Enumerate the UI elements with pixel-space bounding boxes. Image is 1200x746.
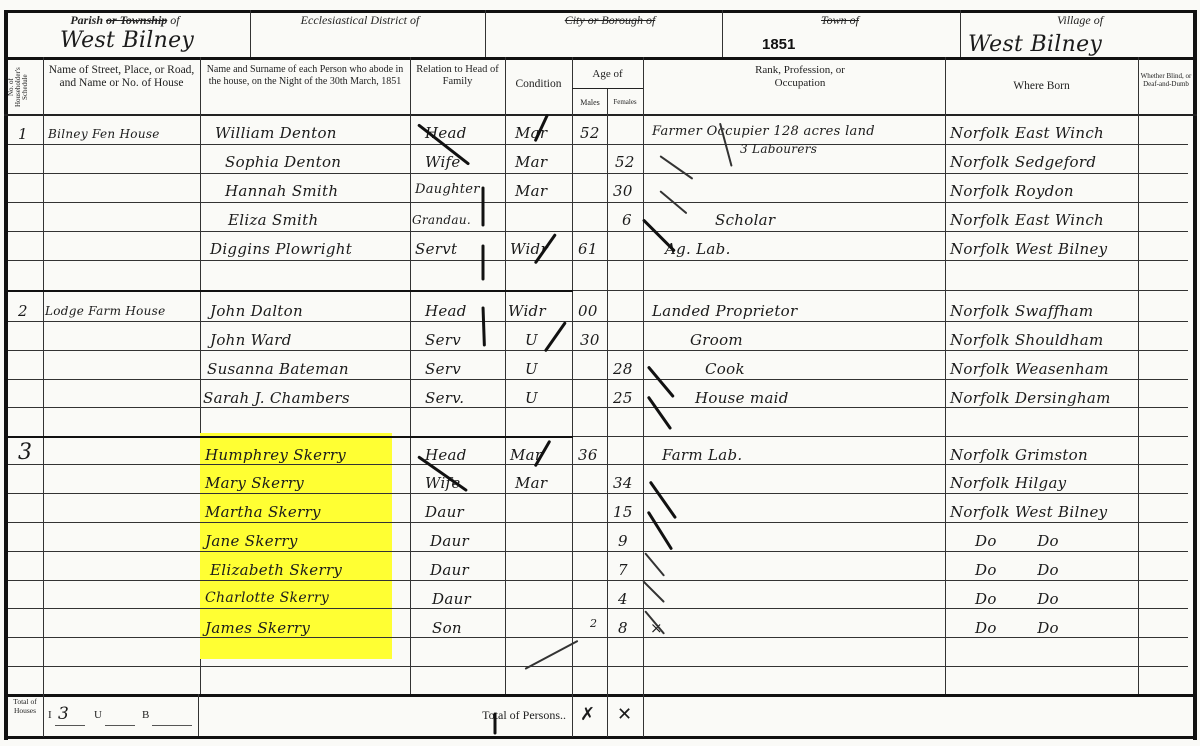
condition-cell: Mar [515, 182, 547, 200]
condition-cell: U [525, 360, 538, 378]
right-border [1193, 12, 1197, 740]
name-cell: Sarah J. Chambers [203, 389, 350, 407]
divider [722, 10, 723, 57]
relation-cell: Head [425, 302, 467, 320]
total-persons-label: Total of Persons.. [466, 709, 566, 723]
total-houses-label: Total of Houses [7, 698, 43, 715]
where-born-cell: Norfolk Weasenham [950, 360, 1109, 378]
where-born-cell: Norfolk Sedgeford [950, 153, 1096, 171]
uninhabited-prefix: U [94, 709, 102, 722]
name-cell: Jane Skerry [205, 532, 298, 550]
where-born-cell: Norfolk Dersingham [950, 389, 1111, 407]
relation-cell: Head [425, 446, 467, 464]
relation-cell: Serv [425, 331, 461, 349]
condition-cell: U [525, 331, 538, 349]
tick-mark [642, 580, 665, 603]
occupation-line2: 3 Labourers [740, 142, 817, 156]
relation-cell: Son [432, 619, 462, 637]
tick-mark [482, 306, 486, 346]
tick-mark [642, 218, 676, 252]
name-cell: Eliza Smith [228, 211, 318, 229]
col-header-occupation: Rank, Profession, or Occupation [735, 64, 865, 89]
female-age-cell: 6 [622, 211, 632, 229]
where-born-cell: Norfolk Swaffham [950, 302, 1093, 320]
street-cell: Lodge Farm House [45, 304, 166, 318]
name-cell: John Ward [210, 331, 292, 349]
name-cell: Diggins Plowright [210, 240, 352, 258]
col-header-relation: Relation to Head of Family [412, 64, 503, 88]
left-border [4, 12, 8, 740]
town-label: Town of [780, 14, 900, 28]
where-born-cell: Norfolk West Bilney [950, 240, 1107, 258]
tick-mark [649, 481, 677, 520]
name-cell: Humphrey Skerry [205, 446, 346, 464]
name-cell: William Denton [215, 124, 337, 142]
name-cell: James Skerry [205, 619, 310, 637]
name-cell: John Dalton [210, 302, 303, 320]
female-age-cell: 9 [618, 532, 628, 550]
col-header-where-born: Where Born [947, 80, 1136, 93]
female-age-cell: 52 [615, 153, 635, 171]
col-header-condition: Condition [507, 78, 570, 91]
relation-cell: Servt [415, 240, 457, 258]
name-cell: Elizabeth Skerry [210, 561, 342, 579]
occupation-cell: Landed Proprietor [652, 302, 797, 320]
occupation-cell: Farmer Occupier 128 acres land [652, 124, 875, 139]
male-age-cell: 2 [590, 617, 597, 630]
col-header-males: Males [573, 98, 607, 107]
where-born-cell: Norfolk Shouldham [950, 331, 1104, 349]
male-age-cell: 00 [578, 302, 598, 320]
header-divider [4, 57, 1197, 60]
male-age-cell: 61 [578, 240, 598, 258]
col-line [43, 57, 44, 737]
name-cell: Sophia Denton [225, 153, 341, 171]
occupation-cell: Scholar [715, 211, 775, 229]
female-age-cell: 34 [613, 474, 633, 492]
where-born-cell: Norfolk East Winch [950, 124, 1104, 142]
male-age-cell: 36 [578, 446, 598, 464]
occupation-cell: House maid [695, 389, 789, 407]
col-header-blind: Whether Blind, or Deaf-and-Dumb [1140, 72, 1192, 88]
tick-mark [659, 155, 693, 180]
name-cell: Martha Skerry [205, 503, 321, 521]
col-header-schedule: No. of Householder's Schedule [8, 64, 40, 110]
col-line [505, 57, 506, 694]
col-line [607, 88, 608, 737]
male-age-cell: 52 [580, 124, 600, 142]
occupation-cell: Cook [705, 360, 745, 378]
col-line [643, 57, 644, 737]
condition-cell: Mar [515, 474, 547, 492]
village-value: West Bilney [968, 32, 1102, 57]
female-age-cell: 7 [618, 561, 628, 579]
column-header-divider [4, 114, 1197, 116]
relation-cell: Daur [430, 532, 469, 550]
parish-label: Parish or Township of [55, 14, 195, 28]
occupation-cell: Groom [690, 331, 743, 349]
relation-cell: Daur [432, 590, 471, 608]
age-subdivider [572, 88, 643, 89]
year-stamp: 1851 [762, 36, 795, 53]
female-age-cell: 4 [618, 590, 628, 608]
tick-mark [647, 511, 673, 551]
name-cell: Susanna Bateman [207, 360, 349, 378]
where-born-cell: Do Do [975, 561, 1059, 579]
bottom-border [4, 736, 1197, 739]
tick-mark [647, 366, 675, 399]
name-cell: Charlotte Skerry [205, 590, 329, 606]
female-age-cell: 8 [618, 619, 628, 637]
divider [960, 10, 961, 57]
relation-cell: Serv. [425, 389, 464, 407]
where-born-cell: Norfolk West Bilney [950, 503, 1107, 521]
col-line [198, 694, 199, 736]
divider [250, 10, 251, 57]
census-page: Parish or Township of West Bilney Eccles… [0, 0, 1200, 746]
relation-cell: Grandau. [412, 213, 471, 227]
schedule-number: 3 [18, 440, 32, 465]
female-age-cell: 30 [613, 182, 633, 200]
tick-mark [544, 321, 567, 352]
divider [485, 10, 486, 57]
relation-cell: Daughter [415, 182, 480, 197]
household-divider [8, 290, 573, 292]
household-divider [8, 436, 573, 438]
where-born-cell: Do Do [975, 532, 1059, 550]
tick-mark [494, 713, 497, 735]
col-header-age: Age of [574, 68, 641, 81]
village-label: Village of [1020, 14, 1140, 28]
inhabited-prefix: I [48, 709, 52, 722]
female-age-cell: 15 [613, 503, 633, 521]
schedule-number: 1 [18, 125, 28, 143]
condition-cell: Widr [508, 302, 546, 320]
tick-mark [647, 396, 672, 430]
inhabited-count: 3 [58, 704, 69, 724]
city-label: City or Borough of [520, 14, 700, 28]
condition-cell: U [525, 389, 538, 407]
relation-cell: Daur [425, 503, 464, 521]
name-cell: Hannah Smith [225, 182, 338, 200]
totals-divider [4, 694, 1197, 697]
tick-mark [482, 187, 485, 227]
female-age-cell: 28 [613, 360, 633, 378]
where-born-cell: Norfolk East Winch [950, 211, 1104, 229]
ecclesiastical-label: Ecclesiastical District of [270, 14, 450, 28]
total-females-mark: ✕ [617, 704, 632, 725]
where-born-cell: Norfolk Hilgay [950, 474, 1066, 492]
building-prefix: B [142, 709, 149, 722]
where-born-cell: Do Do [975, 590, 1059, 608]
schedule-number: 2 [18, 302, 28, 320]
total-males-mark: ✗ [580, 704, 595, 725]
male-age-cell: 30 [580, 331, 600, 349]
col-header-street: Name of Street, Place, or Road, and Name… [45, 64, 198, 90]
where-born-cell: Norfolk Roydon [950, 182, 1074, 200]
occupation-cell: Farm Lab. [662, 446, 742, 464]
tick-mark [482, 245, 485, 281]
relation-cell: Serv [425, 360, 461, 378]
relation-cell: Daur [430, 561, 469, 579]
col-header-name: Name and Surname of each Person who abod… [202, 64, 408, 87]
parish-value: West Bilney [60, 28, 194, 53]
name-cell: Mary Skerry [205, 474, 304, 492]
where-born-cell: Do Do [975, 619, 1059, 637]
col-line [572, 57, 573, 737]
col-line [410, 57, 411, 694]
tick-mark [644, 552, 665, 576]
condition-cell: Mar [515, 153, 547, 171]
col-line [945, 57, 946, 694]
col-line [1138, 57, 1139, 694]
female-age-cell: 25 [613, 389, 633, 407]
street-cell: Bilney Fen House [48, 127, 160, 141]
where-born-cell: Norfolk Grimston [950, 446, 1088, 464]
col-header-females: Females [607, 98, 643, 106]
